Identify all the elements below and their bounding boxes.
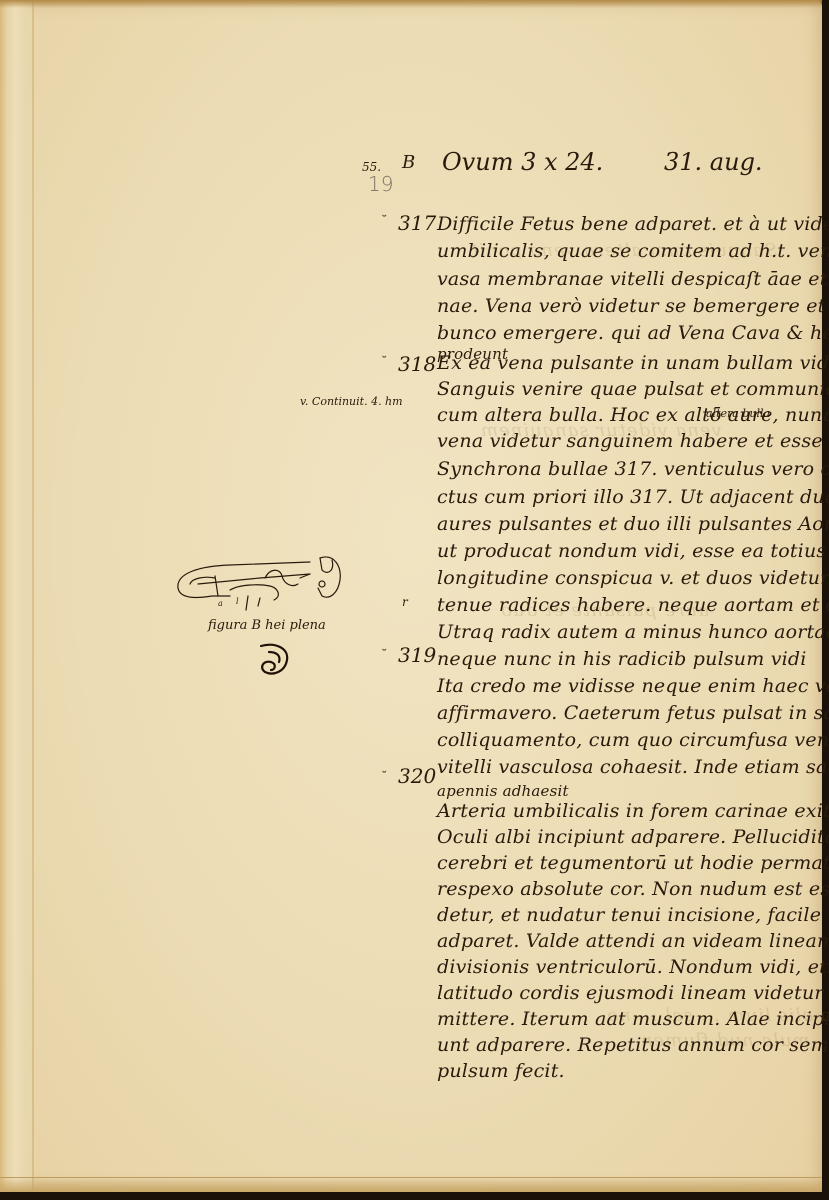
curl-sketch-icon (255, 640, 295, 680)
specimen-mark: B (402, 152, 415, 173)
text-line: vasa membranae vitelli despicaſt āae et … (437, 268, 829, 290)
text-line: vitelli vasculosa cohaesit. Inde etiam s… (437, 756, 829, 778)
embryo-sketch-icon: a l (170, 548, 350, 618)
entry-number: 319 (398, 643, 436, 667)
text-line: divisionis ventriculorū. Nondum vidi, et… (437, 956, 829, 978)
text-line: pulsum fecit. (437, 1060, 565, 1082)
margin-tick-mark: r (402, 595, 408, 609)
check-mark: ˘ (381, 648, 388, 663)
text-line: cum altera bulla. Hoc ex altō aure, nunq… (437, 404, 829, 426)
text-line: adparet. Valde attendi an videam lineam (437, 930, 829, 952)
text-line: Ita credo me vidisse neque enim haec vā (437, 675, 829, 697)
text-line: aures pulsantes et duo illi pulsantes Ao… (437, 513, 829, 535)
text-line: umbilicalis, quae se comitem ad h.t. ven… (437, 240, 829, 262)
page-title: Ovum 3 x 24. (442, 148, 603, 176)
text-line: detur, et nudatur tenui incisione, facil… (437, 904, 829, 926)
text-line: neque nunc in his radicib pulsum vidi (437, 648, 807, 670)
entry-number: 318 (398, 352, 436, 376)
text-line: ctus cum priori illo 317. Ut adjacent du… (437, 486, 829, 508)
text-line: mittere. Iterum aat muscum. Alae incipi- (437, 1008, 829, 1030)
page-edge-line (32, 0, 34, 1192)
entry-number: 320 (398, 764, 436, 788)
svg-text:a: a (218, 599, 223, 608)
text-line: latitudo cordis ejusmodi lineam videtur … (437, 982, 829, 1004)
text-line: Ex ea vena pulsante in unam bullam videt… (437, 352, 829, 374)
text-line: nae. Vena verò videtur se bemergere et s… (437, 295, 829, 317)
manuscript-page: Sanguis cum altera vena ponit vena videt… (0, 0, 822, 1192)
entry-number: 317 (398, 211, 436, 235)
text-line: Oculi albi incipiunt adparere. Pellucidi… (437, 826, 829, 848)
bottom-edge (0, 1177, 822, 1192)
folio-number-pencil: 19 (368, 172, 393, 196)
figure-caption: figura B hei plena (208, 618, 326, 633)
text-line: colliquamento, cum quo circumfusa vena (437, 729, 829, 751)
text-line: Synchrona bullae 317. venticulus vero co… (437, 458, 829, 480)
superscript-insertion: altera bulla (706, 407, 770, 420)
text-line: affirmavero. Caeterum fetus pulsat in sa… (437, 702, 829, 724)
text-line: respexo absolute cor. Non nudum est esse… (437, 878, 829, 900)
text-line: tenue radices habere. neque aortam et d.… (437, 594, 829, 616)
text-line: ut producat nondum vidi, esse ea totius … (437, 540, 829, 562)
svg-text:l: l (236, 597, 239, 606)
margin-note: v. Continuit. 4. hm (300, 395, 403, 408)
top-edge (0, 0, 822, 8)
text-line: Sanguis venire quae pulsat et communicat (437, 378, 829, 400)
text-line: longitudine conspicua v. et duos videtur… (437, 567, 829, 589)
text-line: Utraq radix autem a minus hunco aortae (437, 621, 829, 643)
text-line: vena videtur sanguinem habere et esse (437, 430, 823, 452)
text-line: unt adparere. Repetitus annum cor semper (437, 1034, 829, 1056)
check-mark: ˘ (381, 770, 388, 785)
text-line: cerebri et tegumentorū ut hodie permatur… (437, 852, 829, 874)
text-line: Difficile Fetus bene adparet. et à ut vi… (437, 213, 829, 235)
text-line: Arteria umbilicalis in forem carinae exi… (437, 800, 829, 822)
check-mark: ˘ (381, 214, 388, 229)
entry-date: 31. aug. (664, 148, 763, 176)
check-mark: ˘ (381, 355, 388, 370)
text-line: apennis adhaesit (437, 780, 569, 802)
text-line: bunco emergere. qui ad Vena Cava & hepat… (437, 322, 829, 344)
